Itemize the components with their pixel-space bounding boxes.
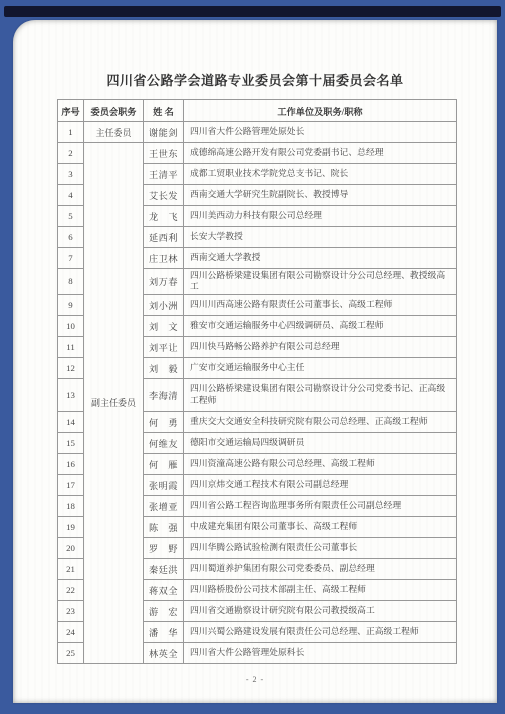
cell-name: 刘 毅: [144, 357, 184, 378]
committee-table: 序号 委员会职务 姓 名 工作单位及职务/职称 1 主任委员 谢能剑 四川省大件…: [57, 99, 457, 664]
cell-no: 12: [58, 357, 84, 378]
cell-name: 游 宏: [144, 600, 184, 621]
header-row: 序号 委员会职务 姓 名 工作单位及职务/职称: [58, 100, 457, 122]
cell-unit: 四川川西高速公路有限责任公司董事长、高级工程师: [184, 294, 457, 315]
cell-unit: 四川华腾公路试验检测有限责任公司董事长: [184, 537, 457, 558]
cell-no: 24: [58, 621, 84, 642]
cell-no: 15: [58, 432, 84, 453]
cell-no: 5: [58, 206, 84, 227]
cell-no: 3: [58, 164, 84, 185]
cell-unit: 西南交通大学研究生院副院长、教授博导: [184, 185, 457, 206]
cell-no: 4: [58, 185, 84, 206]
cell-unit: 广安市交通运输服务中心主任: [184, 357, 457, 378]
cell-no: 10: [58, 315, 84, 336]
cell-no: 1: [58, 122, 84, 143]
cell-unit: 四川兴蜀公路建设发展有限责任公司总经理、正高级工程师: [184, 621, 457, 642]
cell-name: 王世东: [144, 143, 184, 164]
cell-no: 11: [58, 336, 84, 357]
cell-name: 蒋双全: [144, 579, 184, 600]
cell-name: 何 勇: [144, 411, 184, 432]
cell-name: 何 雁: [144, 453, 184, 474]
cell-role-vice-chairman: 副主任委员: [84, 143, 144, 664]
cell-name: 张增亚: [144, 495, 184, 516]
cell-role-chairman: 主任委员: [84, 122, 144, 143]
cell-name: 王清平: [144, 164, 184, 185]
frame-top-bar: [4, 6, 501, 17]
cell-unit: 四川省交通勘察设计研究院有限公司教授级高工: [184, 600, 457, 621]
cell-name: 何维友: [144, 432, 184, 453]
cell-unit: 重庆交大交通安全科技研究院有限公司总经理、正高级工程师: [184, 411, 457, 432]
cell-name: 陈 强: [144, 516, 184, 537]
cell-no: 18: [58, 495, 84, 516]
cell-unit: 四川蜀道养护集团有限公司党委委员、副总经理: [184, 558, 457, 579]
cell-unit: 西南交通大学教授: [184, 248, 457, 269]
cell-no: 23: [58, 600, 84, 621]
cell-name: 龙 飞: [144, 206, 184, 227]
cell-unit: 四川省大件公路管理处原科长: [184, 642, 457, 663]
cell-name: 罗 野: [144, 537, 184, 558]
cell-name: 刘平让: [144, 336, 184, 357]
table-row: 2 副主任委员 王世东 成德绵高速公路开发有限公司党委副书记、总经理: [58, 143, 457, 164]
cell-no: 9: [58, 294, 84, 315]
cell-unit: 四川路桥股份公司技术部副主任、高级工程师: [184, 579, 457, 600]
cell-unit: 德阳市交通运输局四级调研员: [184, 432, 457, 453]
col-header-role: 委员会职务: [84, 100, 144, 122]
cell-name: 刘小洲: [144, 294, 184, 315]
cell-no: 13: [58, 378, 84, 411]
cell-no: 20: [58, 537, 84, 558]
cell-name: 艾长发: [144, 185, 184, 206]
cell-unit: 中成建充集团有限公司董事长、高级工程师: [184, 516, 457, 537]
col-header-unit: 工作单位及职务/职称: [184, 100, 457, 122]
col-header-name: 姓 名: [144, 100, 184, 122]
cell-name: 刘 文: [144, 315, 184, 336]
cell-unit: 四川省公路工程咨询监理事务所有限责任公司副总经理: [184, 495, 457, 516]
cell-name: 秦廷洪: [144, 558, 184, 579]
cell-unit: 四川公路桥梁建设集团有限公司勘察设计分公司党委书记、正高级工程师: [184, 378, 457, 411]
page-number: - 2 -: [13, 675, 497, 684]
cell-name: 张明霞: [144, 474, 184, 495]
document-page: 四川省公路学会道路专业委员会第十届委员会名单 序号 委员会职务 姓 名 工作单位…: [13, 20, 497, 703]
cell-no: 22: [58, 579, 84, 600]
cell-no: 14: [58, 411, 84, 432]
cell-name: 延西利: [144, 227, 184, 248]
cell-unit: 四川快马路畅公路养护有限公司总经理: [184, 336, 457, 357]
cell-name: 庄卫林: [144, 248, 184, 269]
cell-no: 25: [58, 642, 84, 663]
cell-no: 6: [58, 227, 84, 248]
cell-no: 19: [58, 516, 84, 537]
cell-name: 刘万春: [144, 269, 184, 295]
cell-no: 16: [58, 453, 84, 474]
cell-unit: 成都工贸职业技术学院党总支书记、院长: [184, 164, 457, 185]
cell-no: 7: [58, 248, 84, 269]
cell-name: 李海清: [144, 378, 184, 411]
cell-unit: 雅安市交通运输服务中心四级调研员、高级工程师: [184, 315, 457, 336]
cell-unit: 四川京炜交通工程技术有限公司副总经理: [184, 474, 457, 495]
col-header-no: 序号: [58, 100, 84, 122]
table-row: 1 主任委员 谢能剑 四川省大件公路管理处原处长: [58, 122, 457, 143]
cell-unit: 成德绵高速公路开发有限公司党委副书记、总经理: [184, 143, 457, 164]
cell-name: 林英全: [144, 642, 184, 663]
cell-no: 21: [58, 558, 84, 579]
cell-no: 17: [58, 474, 84, 495]
cell-name: 谢能剑: [144, 122, 184, 143]
cell-unit: 四川资潼高速公路有限公司总经理、高级工程师: [184, 453, 457, 474]
cell-unit: 长安大学教授: [184, 227, 457, 248]
cell-unit: 四川省大件公路管理处原处长: [184, 122, 457, 143]
document-title: 四川省公路学会道路专业委员会第十届委员会名单: [13, 20, 497, 90]
cell-unit: 四川公路桥梁建设集团有限公司勘察设计分公司总经理、教授级高工: [184, 269, 457, 295]
cell-no: 2: [58, 143, 84, 164]
cell-name: 潘 华: [144, 621, 184, 642]
cell-unit: 四川美西动力科技有限公司总经理: [184, 206, 457, 227]
cell-no: 8: [58, 269, 84, 295]
